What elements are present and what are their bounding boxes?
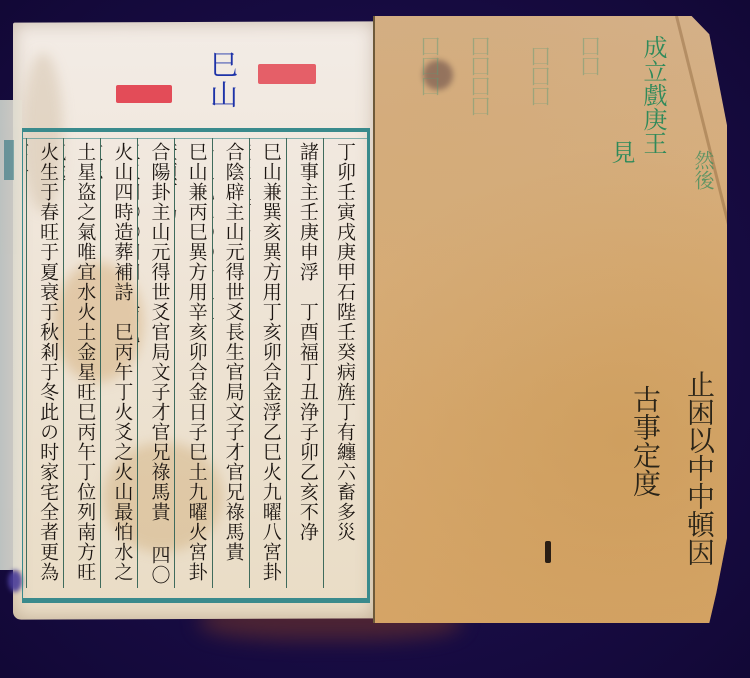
text-columns: 丁卯壬寅戌庚甲石陛壬癸病旌丁有纏六畜多災 諸事主壬庚申浮 丁酉福丁丑浄子卯乙亥不… <box>26 138 360 588</box>
text-column-5: 巳山兼丙巳異方用辛亥卯合金日子巳土九曜火宮卦產頓下局 <box>174 138 211 588</box>
text-column-2: 諸事主壬庚申浮 丁酉福丁丑浄子卯乙亥不净 <box>286 138 323 588</box>
green-annotation: 成立戲庚王 <box>640 35 666 155</box>
red-seal-stamp <box>116 85 172 103</box>
green-annotation-side: 見 <box>608 140 634 164</box>
dark-annotation-right: 止困以中中頓因 <box>684 370 714 566</box>
text-column-1: 丁卯壬寅戌庚甲石陛壬癸病旌丁有纏六畜多災 <box>323 138 360 588</box>
text-column-9: 火生于春旺于夏衰于秋剎于冬此の时家宅全者更為第一 <box>26 138 63 588</box>
text-column-8: 土星盗之氣唯宜水火土金星旺巳丙午丁位列南方旺氣處 <box>63 138 100 588</box>
dark-annotation-left: 古事定度 <box>630 385 660 497</box>
red-seal-stamp <box>258 64 316 84</box>
bleed-through-text: 囗囗囗 <box>525 46 554 106</box>
green-annotation-edge: 然後 <box>690 150 716 190</box>
text-column-7: 火山四時造葬補詩 巳丙午丁火爻之火山最怕水之支忌 <box>100 138 137 588</box>
text-column-4: 合陰辟主山元得世爻長生官局文子才官兄祿馬貴 一五九二〇〇一五三 <box>212 138 249 588</box>
text-column-3: 巳山兼巽亥異方用丁亥卯合金浮乙巳火九曜八宮卦產立星下局 <box>249 138 286 588</box>
teal-ink-fragment <box>4 140 14 180</box>
text-column-6: 合陽卦主山元得世爻官局文子才官兄祿馬貴 四〇三五四〇〇四四 丙乙 <box>137 138 174 588</box>
purple-ink-spot <box>8 570 22 592</box>
bleed-through-text: 囗囗囗囗 <box>465 36 494 116</box>
kraft-paper-cover: 囗囗囗 囗囗囗囗 囗囗囗 囗囗 <box>373 16 727 623</box>
page-title-mark: 巳山 <box>210 50 234 110</box>
bleed-through-text: 囗囗囗 <box>415 36 444 96</box>
ink-blot <box>545 541 551 563</box>
previous-page-edge <box>0 100 22 570</box>
bleed-through-text: 囗囗 <box>575 36 604 76</box>
